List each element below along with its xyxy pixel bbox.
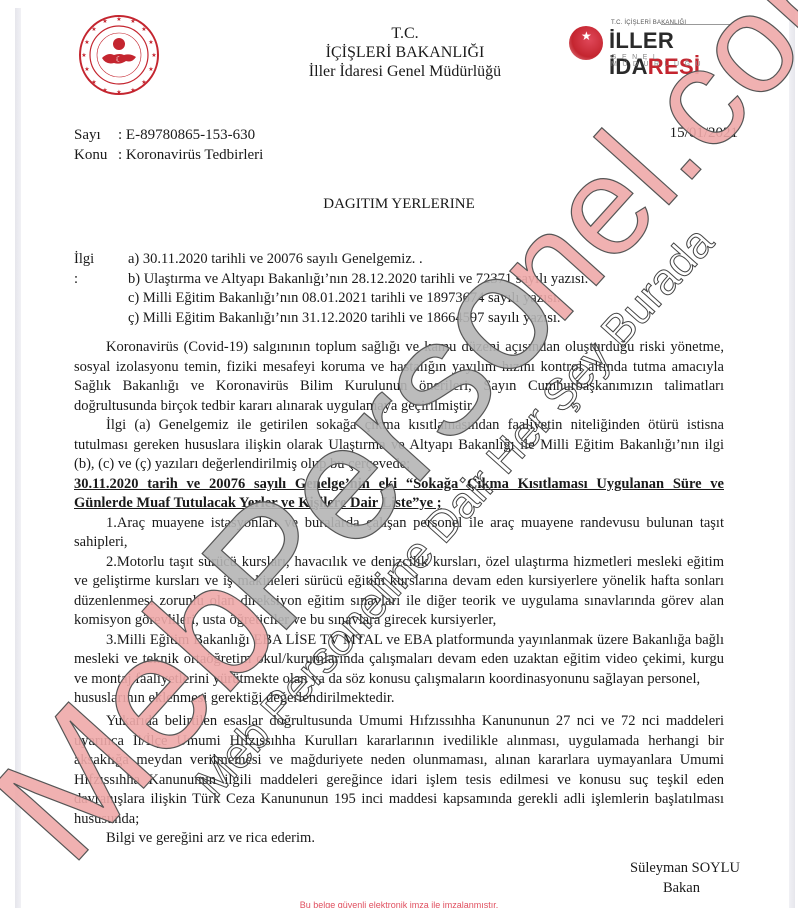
paragraph-reference: İlgi (a) Genelgemiz ile getirilen sokağa… (74, 416, 724, 475)
svg-text:☾: ☾ (115, 55, 122, 64)
signer-title: Bakan (560, 878, 740, 898)
svg-text:★: ★ (141, 26, 146, 33)
svg-text:★: ★ (116, 16, 121, 23)
konu-row: Konu: Koronavirüs Tedbirleri (74, 145, 263, 165)
paragraph-intro: Koronavirüs (Covid-19) salgınının toplum… (74, 338, 724, 416)
logo-sub-text: GENEL MÜDÜRLÜĞÜ (611, 54, 735, 68)
svg-text:★: ★ (102, 18, 107, 25)
signer-name: Süleyman SOYLU (560, 858, 740, 878)
paragraph-conclusion: hususlarının eklenmesi gerektiği değerle… (74, 689, 724, 709)
e-signature-note: Bu belge güvenli elektronik imza ile imz… (0, 900, 798, 908)
reference-item: a) 30.11.2020 tarihli ve 20076 sayılı Ge… (128, 250, 588, 270)
references-list: a) 30.11.2020 tarihli ve 20076 sayılı Ge… (128, 250, 588, 328)
letterhead-line-1: T.C. (260, 24, 550, 43)
list-item-2: 2.Motorlu taşıt sürücü kursları, havacıl… (74, 553, 724, 631)
svg-text:★: ★ (151, 52, 156, 59)
svg-text:★: ★ (130, 87, 135, 94)
svg-text:★: ★ (102, 87, 107, 94)
star-icon: ★ (581, 29, 592, 43)
svg-text:★: ★ (148, 39, 153, 46)
list-item-1: 1.Araç muayene istasyonları ve buralarda… (74, 514, 724, 553)
svg-text:★: ★ (84, 66, 89, 73)
list-item-3: 3.Milli Eğitim Bakanlığı EBA LİSE TV MTA… (74, 631, 724, 690)
svg-text:★: ★ (81, 52, 86, 59)
svg-text:★: ★ (141, 79, 146, 86)
logo-divider (661, 24, 731, 25)
svg-text:★: ★ (91, 79, 96, 86)
letterhead: T.C. İÇİŞLERİ BAKANLIĞI İller İdaresi Ge… (260, 24, 550, 81)
svg-text:★: ★ (130, 18, 135, 25)
letterhead-ministry: İÇİŞLERİ BAKANLIĞI (260, 43, 550, 62)
body-section-1: Koronavirüs (Covid-19) salgınının toplum… (74, 338, 724, 709)
reference-item: ç) Milli Eğitim Bakanlığı’nın 31.12.2020… (128, 309, 588, 329)
document-page: ★★ ★★ ★★ ★★ ★★ ★★ ★★ ★★ ☾ T.C. İÇİŞLERİ … (0, 0, 798, 908)
reference-item: b) Ulaştırma ve Altyapı Bakanlığı’nın 28… (128, 270, 588, 290)
letterhead-directorate: İller İdaresi Genel Müdürlüğü (260, 62, 550, 81)
paragraph-heading: 30.11.2020 tarih ve 20076 sayılı Genelge… (74, 475, 724, 514)
document-meta: Sayı: E-89780865-153-630 Konu: Koronavir… (74, 125, 263, 165)
iller-idaresi-logo: ★ T.C. İÇİŞLERİ BAKANLIĞI İLLER İDARESİ … (565, 20, 735, 72)
logo-small-text: T.C. İÇİŞLERİ BAKANLIĞI (611, 20, 686, 26)
reference-item: c) Milli Eğitim Bakanlığı’nın 08.01.2021… (128, 289, 588, 309)
paragraph-instructions: Yukarıda belirtilen esaslar doğrultusund… (74, 712, 724, 829)
svg-text:★: ★ (116, 89, 121, 96)
svg-text:★: ★ (148, 66, 153, 73)
paragraph-closing: Bilgi ve gereğini arz ve rica ederim. (74, 829, 724, 849)
references-label: İlgi : (74, 250, 94, 289)
ministry-emblem-icon: ★★ ★★ ★★ ★★ ★★ ★★ ★★ ★★ ☾ (78, 14, 160, 96)
recipient-heading: DAGITIM YERLERINE (0, 196, 798, 213)
svg-text:★: ★ (84, 39, 89, 46)
sayi-row: Sayı: E-89780865-153-630 (74, 125, 263, 145)
svg-text:★: ★ (91, 26, 96, 33)
document-date: 15/01/2021 (670, 125, 738, 142)
body-section-2: Yukarıda belirtilen esaslar doğrultusund… (74, 712, 724, 849)
signature-block: Süleyman SOYLU Bakan (560, 858, 740, 898)
